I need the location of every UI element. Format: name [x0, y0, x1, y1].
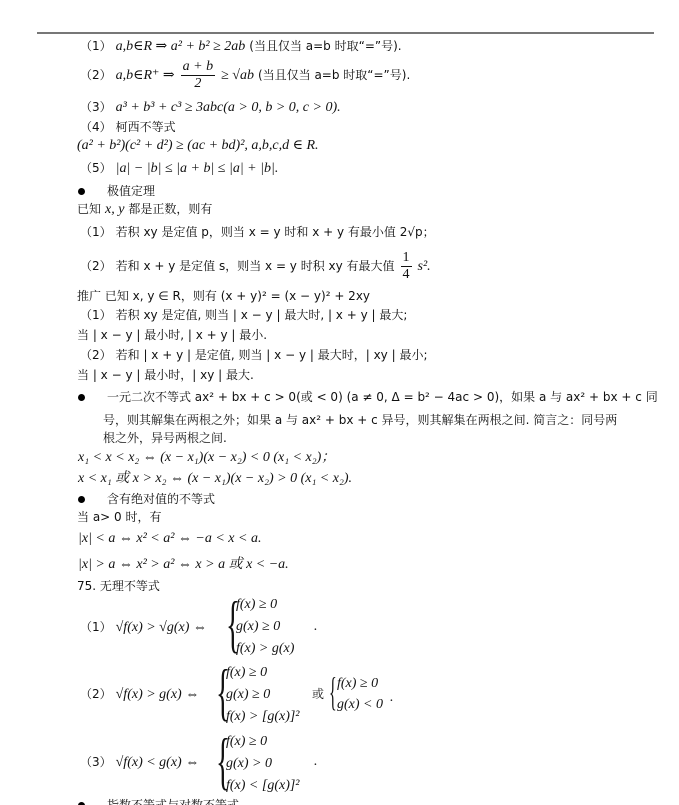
condition: g(x) > 0 — [226, 753, 300, 775]
condition: f(x) ≥ 0 — [226, 662, 300, 684]
section-heading: 指数不等式与对数不等式 — [107, 798, 239, 805]
text: 都是正数，则有 — [128, 202, 212, 216]
inequality-5: （5） |a| − |b| ≤ |a + b| ≤ |a| + |b|. — [80, 160, 278, 177]
text: 当 a> 0 时，有 — [77, 510, 162, 524]
section-exp-log-inequality: 指数不等式与对数不等式 — [78, 797, 239, 805]
paragraph: 当 a> 0 时，有 — [77, 509, 162, 525]
irrational-3-lhs: （3） √f(x) < g(x) ⇔ — [80, 754, 199, 771]
condition: f(x) < [g(x)]² — [226, 775, 300, 797]
bullet-icon — [78, 496, 85, 503]
extremum-rule-2: （2） 若和 x + y 是定值 s，则当 x = y 时积 xy 有最大值 1… — [80, 250, 431, 283]
abs-rule-2: |x| > a ⇔ x² > a² ⇔ x > a 或 x < −a. — [78, 556, 289, 573]
item-label: （2） — [80, 348, 112, 362]
numerator: a + b — [181, 59, 215, 76]
section-heading: 75. 无理不等式 — [77, 579, 160, 593]
text: 号，则其解集在两根之外；如果 a 与 ax² + bx + c 异号，则其解集在… — [103, 413, 617, 427]
formula: a³ + b³ + c³ ≥ 3abc(a > 0, b > 0, c > 0)… — [116, 100, 341, 115]
denominator: 2 — [194, 76, 201, 92]
bullet-icon — [78, 394, 85, 401]
item-label: （2） — [80, 259, 112, 273]
section-heading: 含有绝对值的不等式 — [107, 492, 215, 506]
generalization-1b: 当 | x − y | 最小时, | x + y | 最小. — [77, 327, 267, 343]
condition: f(x) ≥ 0 — [236, 594, 294, 616]
formula: ≥ √ab — [221, 68, 254, 83]
formula: a,b∈R⁺ ⇒ — [116, 68, 175, 83]
period: . — [314, 619, 318, 635]
inequality-2: （2） a,b∈R⁺ ⇒ a + b 2 ≥ √ab (当且仅当 a=b 时取“… — [80, 59, 410, 92]
cauchy-inequality: (a² + b²)(c² + d²) ≥ (ac + bd)², a,b,c,d… — [77, 137, 319, 154]
text: 若和 | x + y | 是定值, 则当 | x − y | 最大时，| xy … — [116, 348, 428, 362]
inequality-1: （1） a,b∈R ⇒ a² + b² ≥ 2ab (当且仅当 a=b 时取“=… — [80, 38, 402, 55]
text: 若积 xy 是定值 p，则当 x = y 时和 x + y 有最小值 2√p； — [116, 225, 435, 239]
denominator: 4 — [403, 267, 410, 283]
quadratic-text-2: 号，则其解集在两根之外；如果 a 与 ax² + bx + c 异号，则其解集在… — [103, 412, 617, 428]
note: (当且仅当 a=b 时取“=”号). — [258, 68, 410, 82]
extremum-rule-1: （1） 若积 xy 是定值 p，则当 x = y 时和 x + y 有最小值 2… — [80, 224, 435, 240]
item-label: （3） — [80, 755, 112, 769]
formula: x, y — [105, 202, 124, 217]
formula: x < x₁ 或 x > x₂ ⇔ (x − x₁)(x − x₂) > 0 (… — [78, 471, 352, 486]
formula: √f(x) > g(x) ⇔ — [116, 687, 200, 702]
condition: f(x) > g(x) — [236, 638, 294, 660]
inequality-4-title: （4） 柯西不等式 — [80, 119, 176, 135]
generalization: 推广 已知 x, y ∈ R，则有 (x + y)² = (x − y)² + … — [77, 288, 370, 304]
paragraph: 已知 x, y 都是正数，则有 — [77, 201, 212, 218]
section-quadratic-inequality: 一元二次不等式 ax² + bx + c > 0(或 < 0) (a ≠ 0, … — [78, 389, 658, 405]
quadratic-rule-1: x₁ < x < x₂ ⇔ (x − x₁)(x − x₂) < 0 (x₁ <… — [78, 449, 335, 466]
item-label: （5） — [80, 161, 112, 175]
text: 若积 xy 是定值, 则当 | x − y | 最大时, | x + y | 最… — [116, 308, 408, 322]
section-extremum-theorem: 极值定理 — [78, 183, 155, 199]
text: 若和 x + y 是定值 s，则当 x = y 时积 xy 有最大值 — [116, 259, 395, 273]
irrational-2-lhs: （2） √f(x) > g(x) ⇔ — [80, 686, 199, 703]
quadratic-rule-2: x < x₁ 或 x > x₂ ⇔ (x − x₁)(x − x₂) > 0 (… — [78, 470, 352, 487]
item-label: （1） — [80, 620, 112, 634]
text: 根之外，异号两根之间. — [103, 431, 227, 445]
or-connector: 或 — [312, 686, 324, 702]
item-label: （4） — [80, 120, 112, 134]
generalization-2b: 当 | x − y | 最小时，| xy | 最大. — [77, 367, 254, 383]
text: 当 | x − y | 最小时，| xy | 最大. — [77, 368, 254, 382]
numerator: 1 — [401, 250, 412, 267]
fraction: a + b 2 — [181, 59, 215, 92]
item-label: （3） — [80, 100, 112, 114]
text: 推广 已知 x, y ∈ R，则有 (x + y)² = (x − y)² + … — [77, 289, 370, 303]
section-heading: 极值定理 — [107, 184, 155, 198]
header-rule — [37, 32, 654, 34]
section-absolute-value: 含有绝对值的不等式 — [78, 491, 215, 507]
item-label: （1） — [80, 225, 112, 239]
condition-system-alt: f(x) ≥ 0 g(x) < 0 — [337, 673, 383, 715]
item-label: （1） — [80, 308, 112, 322]
text: 当 | x − y | 最小时, | x + y | 最小. — [77, 328, 267, 342]
heading: 柯西不等式 — [116, 120, 176, 134]
formula: √f(x) < g(x) ⇔ — [116, 755, 200, 770]
irrational-1-lhs: （1） √f(x) > √g(x) ⇔ — [80, 619, 207, 636]
formula: s². — [418, 259, 431, 274]
text: 已知 — [77, 202, 101, 216]
condition: f(x) ≥ 0 — [226, 731, 300, 753]
condition: g(x) < 0 — [337, 694, 383, 715]
condition: f(x) ≥ 0 — [337, 673, 383, 694]
formula: |x| < a ⇔ x² < a² ⇔ −a < x < a. — [78, 531, 261, 546]
quadratic-text-3: 根之外，异号两根之间. — [103, 430, 227, 446]
condition: f(x) > [g(x)]² — [226, 706, 300, 728]
section-irrational-inequality: 75. 无理不等式 — [77, 578, 160, 594]
item-label: （2） — [80, 687, 112, 701]
bullet-icon — [78, 188, 85, 195]
formula: a,b∈R ⇒ a² + b² ≥ 2ab — [116, 39, 246, 54]
condition-system: f(x) ≥ 0 g(x) ≥ 0 f(x) > g(x) — [236, 594, 294, 660]
formula: x₁ < x < x₂ ⇔ (x − x₁)(x − x₂) < 0 (x₁ <… — [78, 450, 335, 465]
generalization-1: （1） 若积 xy 是定值, 则当 | x − y | 最大时, | x + y… — [80, 307, 407, 323]
generalization-2: （2） 若和 | x + y | 是定值, 则当 | x − y | 最大时，|… — [80, 347, 428, 363]
formula: √f(x) > √g(x) ⇔ — [116, 620, 207, 635]
section-heading: 一元二次不等式 ax² + bx + c > 0(或 < 0) (a ≠ 0, … — [107, 390, 658, 404]
condition-system: f(x) ≥ 0 g(x) ≥ 0 f(x) > [g(x)]² — [226, 662, 300, 728]
formula: (a² + b²)(c² + d²) ≥ (ac + bd)², a,b,c,d… — [77, 138, 319, 153]
note: (当且仅当 a=b 时取“=”号). — [249, 39, 401, 53]
condition: g(x) ≥ 0 — [226, 684, 300, 706]
item-label: （1） — [80, 39, 112, 53]
condition: g(x) ≥ 0 — [236, 616, 294, 638]
period: . — [314, 754, 318, 770]
item-label: （2） — [80, 68, 112, 82]
left-brace-icon: { — [329, 672, 337, 712]
formula: |a| − |b| ≤ |a + b| ≤ |a| + |b|. — [116, 161, 279, 176]
condition-system: f(x) ≥ 0 g(x) > 0 f(x) < [g(x)]² — [226, 731, 300, 797]
inequality-3: （3） a³ + b³ + c³ ≥ 3abc(a > 0, b > 0, c … — [80, 99, 341, 116]
fraction: 1 4 — [401, 250, 412, 283]
abs-rule-1: |x| < a ⇔ x² < a² ⇔ −a < x < a. — [78, 530, 261, 547]
formula: |x| > a ⇔ x² > a² ⇔ x > a 或 x < −a. — [78, 557, 289, 572]
period: . — [390, 690, 394, 706]
